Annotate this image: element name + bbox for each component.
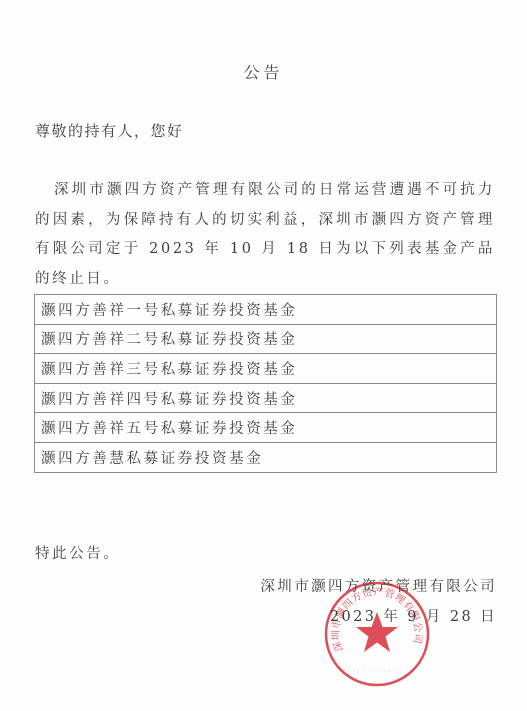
fund-name: 灏四方善慧私募证券投资基金: [35, 442, 497, 472]
body-paragraph: 深圳市灏四方资产管理有限公司的日常运营遭遇不可抗力的因素，为保障持有人的切实利益…: [35, 176, 495, 294]
fund-name: 灏四方善祥五号私募证券投资基金: [35, 413, 497, 443]
greeting: 尊敬的持有人，您好: [35, 120, 184, 141]
table-row: 灏四方善祥二号私募证券投资基金: [35, 324, 497, 354]
table-row: 灏四方善祥一号私募证券投资基金: [35, 295, 497, 325]
fund-list-table: 灏四方善祥一号私募证券投资基金 灏四方善祥二号私募证券投资基金 灏四方善祥三号私…: [34, 294, 497, 473]
document-title: 公告: [0, 60, 527, 83]
fund-name: 灏四方善祥一号私募证券投资基金: [35, 295, 497, 325]
table-row: 灏四方善祥三号私募证券投资基金: [35, 354, 497, 384]
closing-statement: 特此公告。: [35, 542, 121, 563]
table-row: 灏四方善祥四号私募证券投资基金: [35, 383, 497, 413]
table-row: 灏四方善祥五号私募证券投资基金: [35, 413, 497, 443]
signer-company: 深圳市灏四方资产管理有限公司: [260, 575, 497, 596]
svg-text:· · · · · · · · · ·: · · · · · · · · · ·: [352, 668, 401, 674]
fund-name: 灏四方善祥三号私募证券投资基金: [35, 354, 497, 384]
company-seal-icon: 深圳市灏四方资产管理有限公司 · · · · · · · · · ·: [323, 580, 431, 688]
signature-date: 2023 年 9 月 28 日: [330, 605, 497, 626]
fund-name: 灏四方善祥四号私募证券投资基金: [35, 383, 497, 413]
table-row: 灏四方善慧私募证券投资基金: [35, 442, 497, 472]
fund-name: 灏四方善祥二号私募证券投资基金: [35, 324, 497, 354]
